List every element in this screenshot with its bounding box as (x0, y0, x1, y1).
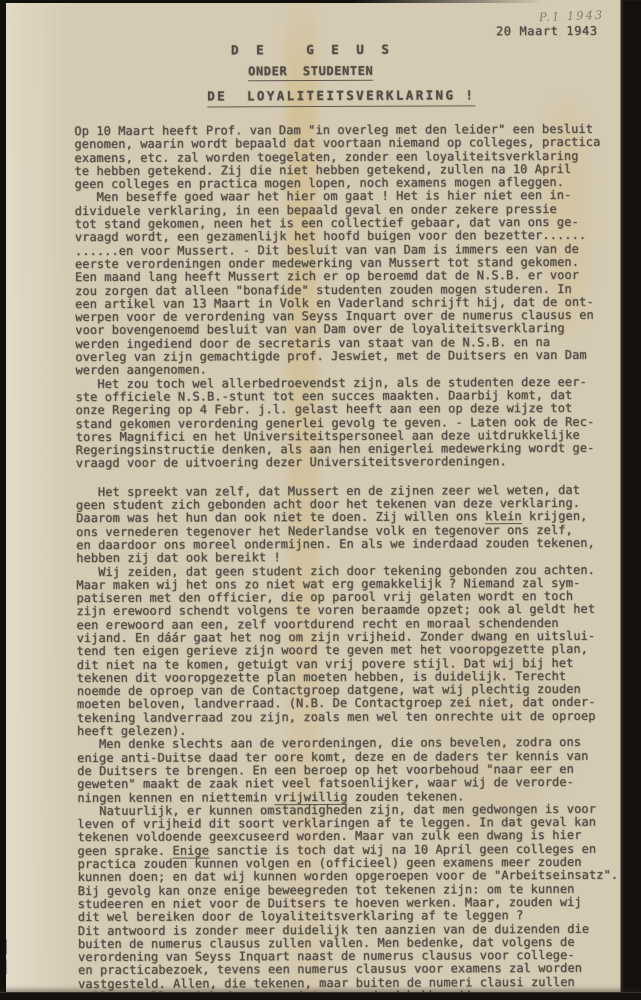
masthead-title: D E G E U S (231, 42, 394, 58)
article-title: DE LOYALITEITSVERKLARING ! (207, 87, 475, 107)
body-block-2: Het spreekt van zelf, dat Mussert en de … (76, 483, 624, 1000)
article-body: Op 10 Maart heeft Prof. van Dam "in over… (74, 123, 624, 1000)
article-title-text: DE LOYALITEITSVERKLARING ! (207, 87, 475, 107)
paper-left-highlight (0, 1, 74, 1000)
masthead-subtitle: ONDER STUDENTEN (248, 64, 373, 82)
scan-edge-left (0, 0, 6, 1000)
paper: P.1 1943 20 Maart 1943 D E G E U S ONDER… (0, 0, 641, 1000)
scanned-page: { "document": { "pencil_annotation": "P.… (0, 0, 641, 1000)
scan-edge-top (0, 0, 641, 3)
pencil-annotation: P.1 1943 (539, 8, 605, 25)
scan-edge-bottom (0, 992, 641, 1000)
masthead-subtitle-text: ONDER STUDENTEN (248, 64, 373, 82)
date-line: 20 Maart 1943 (496, 24, 598, 38)
scan-edge-right (620, 0, 641, 1000)
body-block-1: Op 10 Maart heeft Prof. van Dam "in over… (74, 123, 622, 471)
